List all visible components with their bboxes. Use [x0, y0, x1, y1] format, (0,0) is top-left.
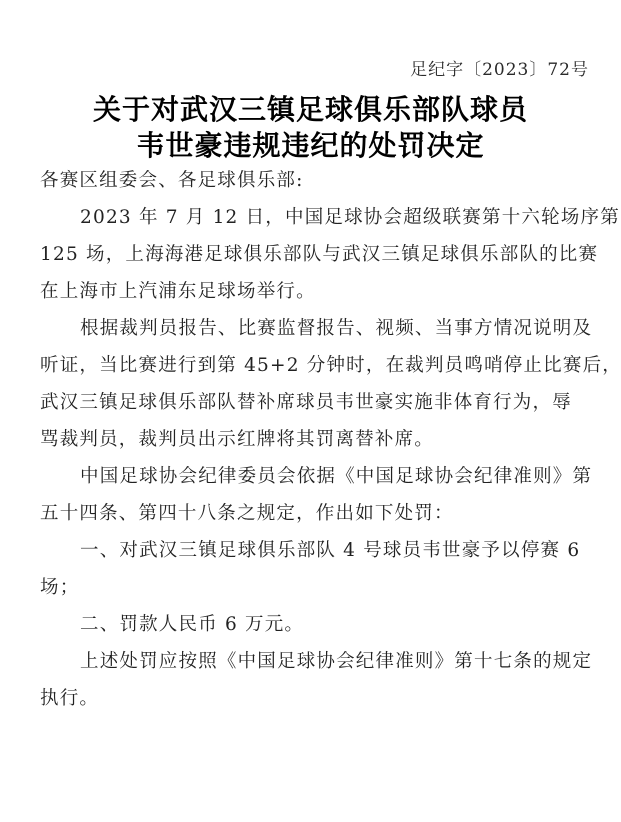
- body-line: 执行。: [40, 684, 600, 710]
- body-line: 上述处罚应按照《中国足球协会纪律准则》第十七条的规定: [80, 647, 621, 673]
- body-line: 125 场，上海海港足球俱乐部队与武汉三镇足球俱乐部队的比赛: [40, 240, 600, 266]
- body-line: 武汉三镇足球俱乐部队替补席球员韦世豪实施非体育行为，辱: [40, 388, 600, 414]
- penalty-item-2: 二、罚款人民币 6 万元。: [80, 610, 621, 636]
- body-line: 在上海市上汽浦东足球场举行。: [40, 277, 600, 303]
- body-line: 中国足球协会纪律委员会依据《中国足球协会纪律准则》第: [80, 462, 621, 488]
- document-number: 足纪字〔2023〕72号: [410, 55, 589, 80]
- body-line: 五十四条、第四十八条之规定，作出如下处罚：: [40, 499, 600, 525]
- penalty-item-1-cont: 场；: [40, 573, 600, 599]
- body-line: 根据裁判员报告、比赛监督报告、视频、当事方情况说明及: [80, 314, 621, 340]
- body-line: 骂裁判员，裁判员出示红牌将其罚离替补席。: [40, 425, 600, 451]
- salutation: 各赛区组委会、各足球俱乐部:: [40, 166, 600, 192]
- penalty-item-1: 一、对武汉三镇足球俱乐部队 4 号球员韦世豪予以停赛 6: [80, 536, 621, 562]
- body-line: 2023 年 7 月 12 日，中国足球协会超级联赛第十六轮场序第: [80, 203, 621, 229]
- document-title-line-2: 韦世豪违规违纪的处罚决定: [0, 124, 621, 164]
- disciplinary-decision-document: 足纪字〔2023〕72号 关于对武汉三镇足球俱乐部队球员 韦世豪违规违纪的处罚决…: [0, 0, 621, 822]
- document-title-line-1: 关于对武汉三镇足球俱乐部队球员: [0, 88, 621, 128]
- body-line: 听证，当比赛进行到第 45+2 分钟时，在裁判员鸣哨停止比赛后，: [40, 351, 600, 377]
